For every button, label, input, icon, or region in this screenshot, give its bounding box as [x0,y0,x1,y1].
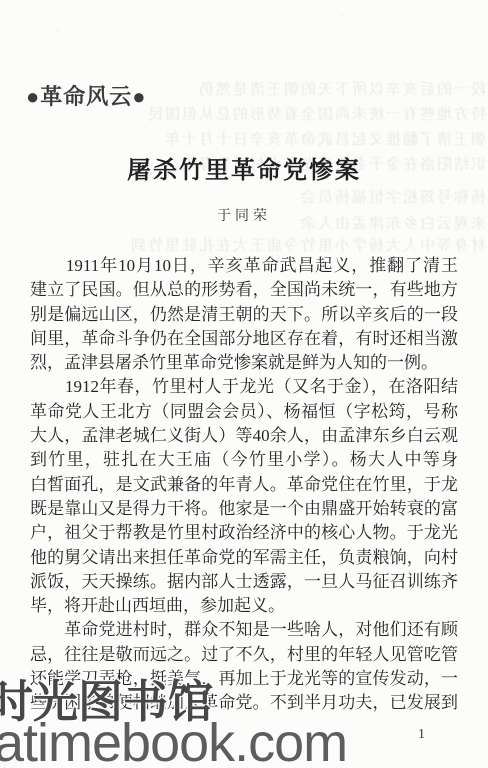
text-line: 别是偏远山区，仍然是清王朝的天下。所以辛亥后的一段时 [30,303,458,327]
bleedthrough-line: 杨称号筠松字恒福杨员会 [252,186,486,207]
text-line: 革命党人王北方（同盟会会员）、杨福恒（字松筠，号称杨 [30,400,458,424]
text-line: 户，祖父于帮教是竹里村政治经济中的核心人物。于龙光把 [30,521,458,545]
bleedthrough-line: 材身等中人大杨学小里竹今庙王大在扎驻里竹到 [40,234,486,255]
text-line: 到竹里，驻扎在大王庙（今竹里小学）。杨大人中等身材， [30,448,458,472]
text-line: 间里，革命斗争仍在全国部分地区存在着，有时还相当激 [30,327,458,351]
page-number: 1 [418,727,425,743]
bleedthrough-line: 朝王清了翻推义起昌武命革亥辛日十月十年 [2,128,486,149]
watermark-url: atimebook.com [0,712,347,768]
text-line: 大人，孟津老城仁义街人）等40余人，由孟津东乡白云观来 [30,424,458,448]
author-name: 于同荣 [30,205,458,225]
page-title: 屠杀竹里革命党惨案 [30,150,458,185]
text-line: 白皙面孔，是文武兼备的年青人。革命党住在竹里，于龙光 [30,473,458,497]
text-line: 既是靠山又是得力干将。他家是一个由鼎盛开始转衰的富裕 [30,497,458,521]
text-line: 毕，将开赴山西垣曲，参加起义。 [30,594,458,618]
section-badge: ●革命风云● [26,80,147,111]
text-line: 他的舅父请出来担任革命党的军需主任，负责粮饷，向村内 [30,546,458,570]
bleedthrough-line: 段一的后亥辛以所下天的朝王清是然仍 [168,78,486,99]
text-line: 忌，往往是敬而远之。过了不久，村里的年轻人见管吃管住 [30,643,458,667]
text-line: 1911年10月10日，辛亥革命武昌起义，推翻了清王朝， [30,254,458,278]
article-body: 1911年10月10日，辛亥革命武昌起义，推翻了清王朝， 建立了民国。但从总的形… [30,254,458,716]
text-line: 烈，孟津县屠杀竹里革命党惨案就是鲜为人知的一例。 [30,351,458,375]
text-line: 革命党进村时，群众不知是一些啥人，对他们还有顾 [30,618,458,642]
text-line: 建立了民国。但从总的形势看，全国尚未统一，有些地方特 [30,278,458,302]
scanned-book-page: 段一的后亥辛以所下天的朝王清是然仍 特方地些有一统未尚国全看势形的总从但国民 朝… [0,0,488,768]
text-line: 派饭，天天操练。据内部人士透露，一旦人马征召训练齐 [30,570,458,594]
text-line: 1912年春，竹里村人于龙光（又名于金），在洛阳结识 [30,375,458,399]
